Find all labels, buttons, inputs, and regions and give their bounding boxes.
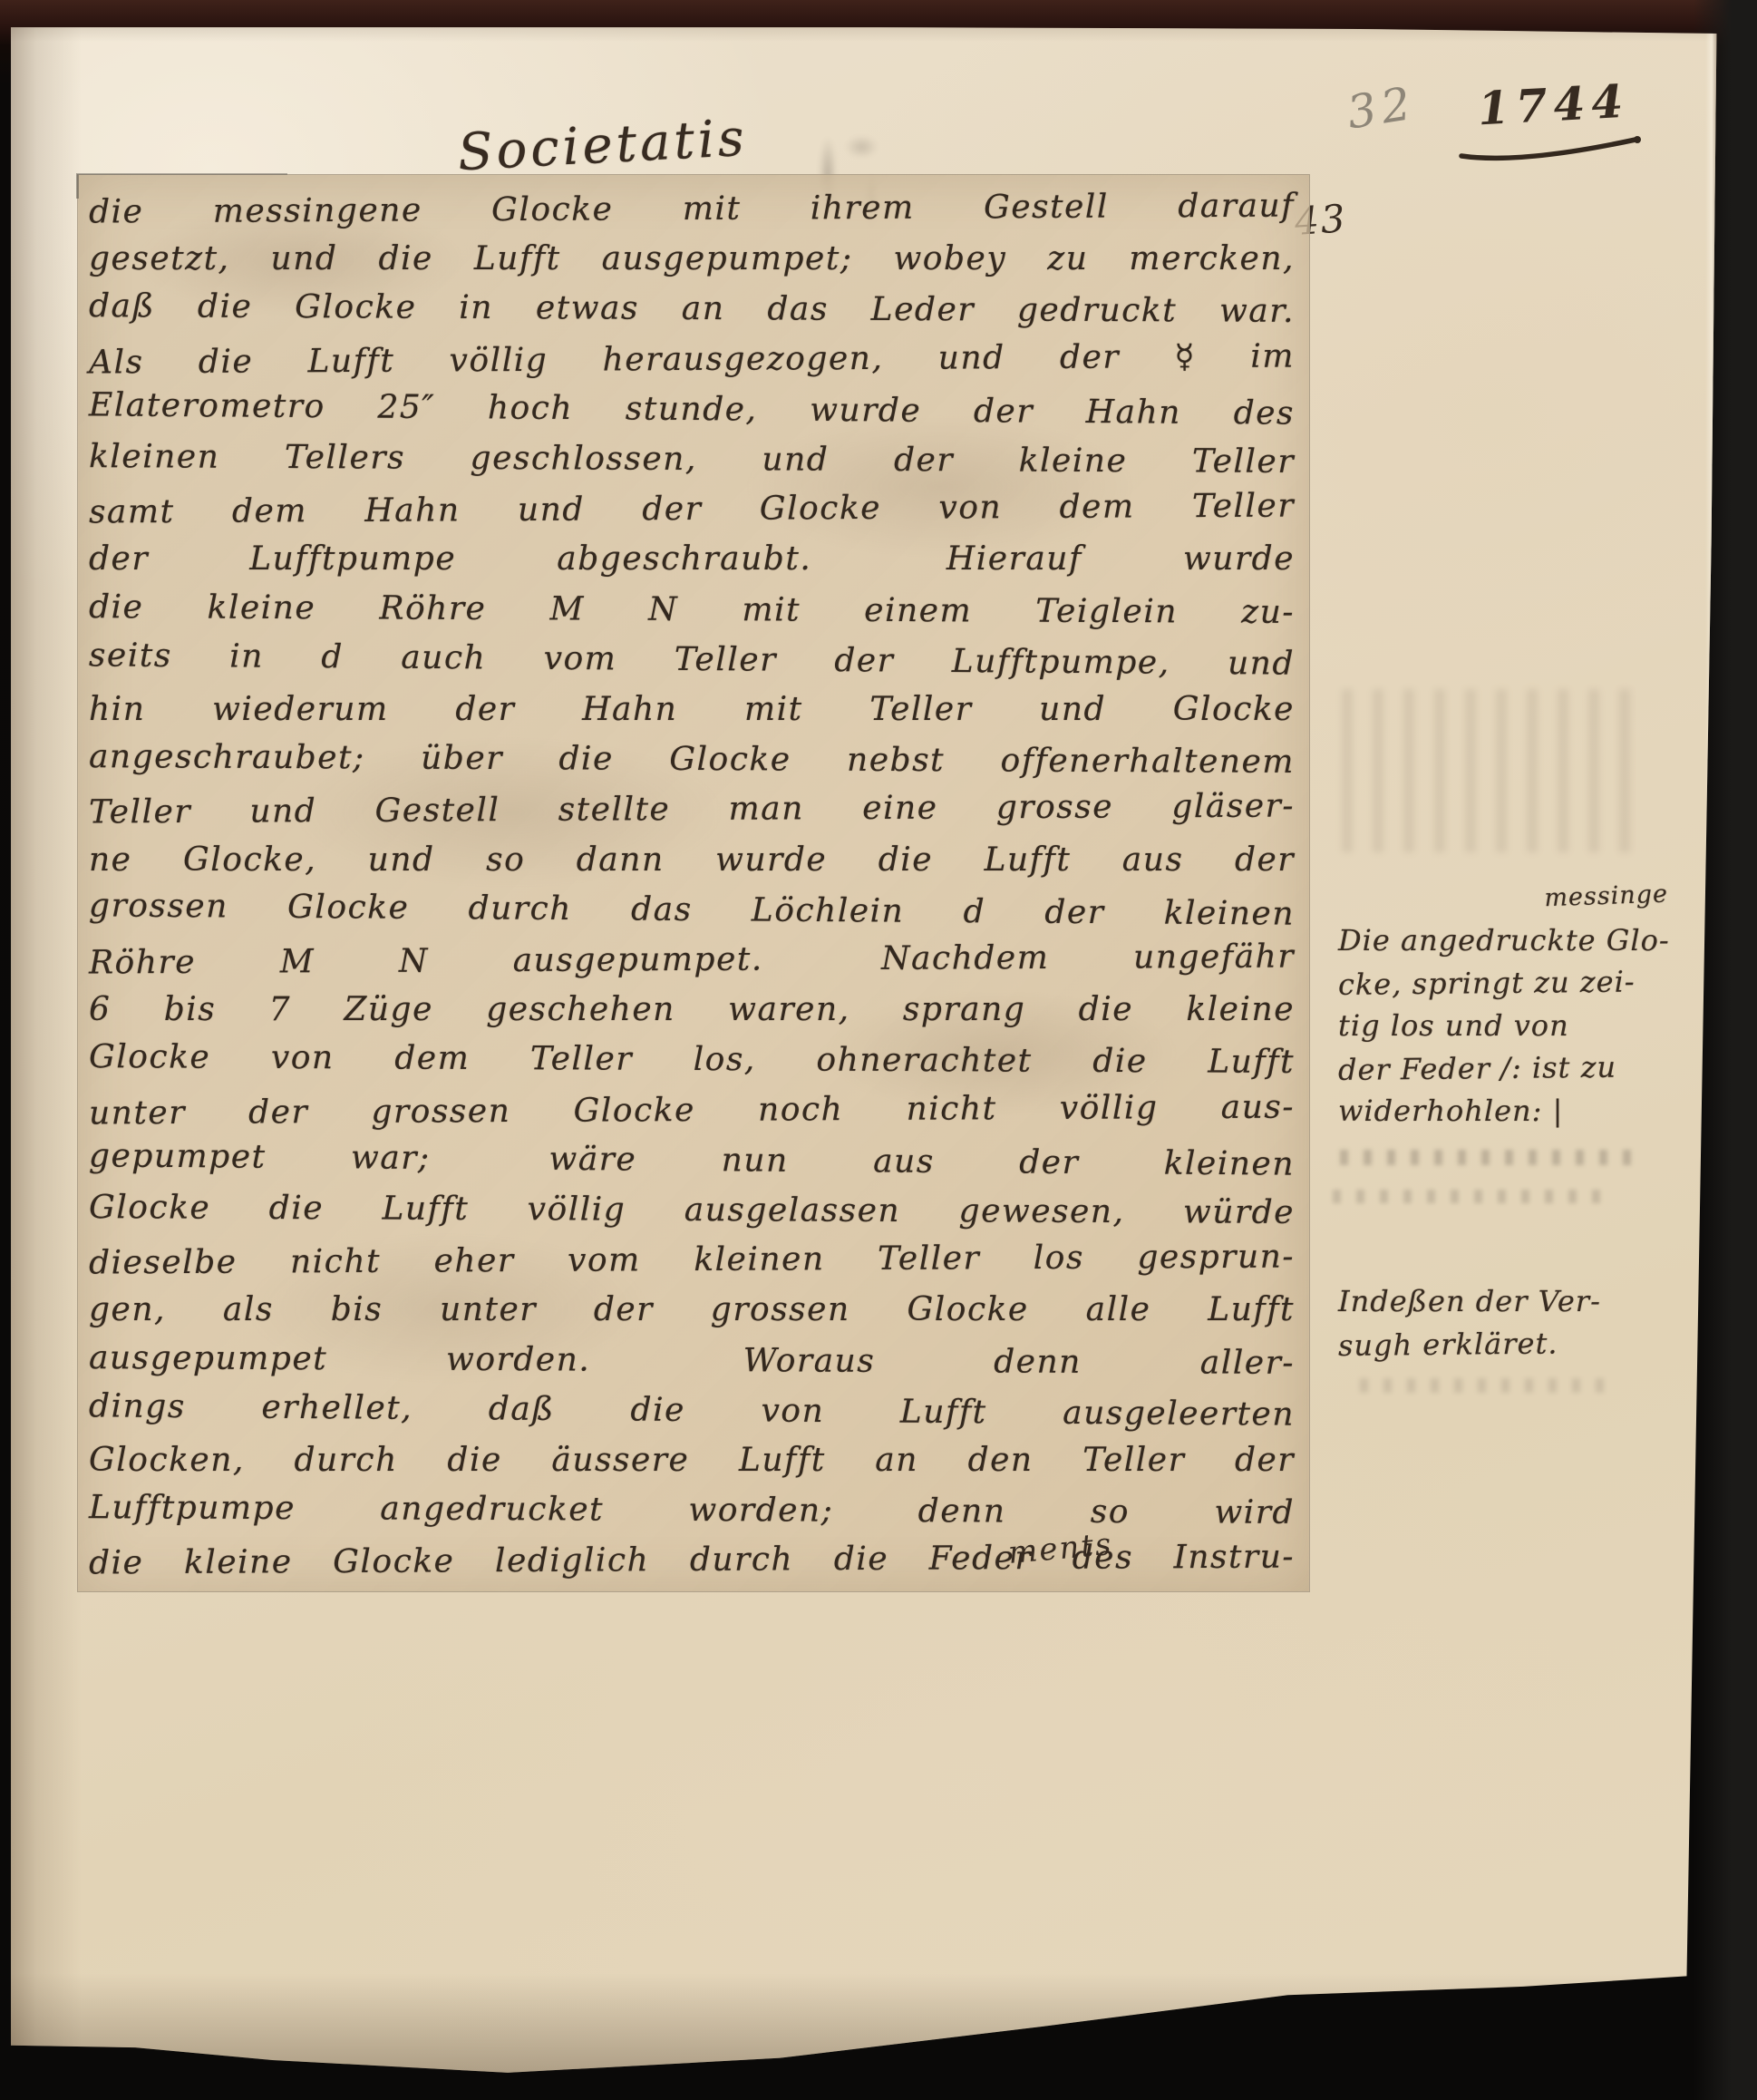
margin-note-line: Indeßen der Ver- <box>1338 1280 1683 1323</box>
margin-note-line: Die angedruckte Glo- <box>1338 919 1670 962</box>
manuscript-page: 32 1744 43 Societatis die messingene Glo… <box>0 0 1757 2100</box>
manuscript-lines: die messingene Glocke mit ihrem Gestell … <box>89 184 1295 1586</box>
year-underline-flourish <box>1458 132 1648 165</box>
manuscript-line: hin wiederum der Hahn mit Teller und Glo… <box>89 685 1295 734</box>
manuscript-line: Röhre M N ausgepumpet. Nachdem ungefähr <box>89 932 1295 988</box>
bleedthrough-line <box>1340 1150 1639 1165</box>
spine-shadow <box>0 0 82 2100</box>
manuscript-line: Glocke die Lufft völlig ausgelassen gewe… <box>89 1182 1295 1238</box>
margin-note-line: der Feder /: ist zu <box>1338 1045 1670 1092</box>
pencil-folio-number: 32 <box>1344 76 1420 139</box>
manuscript-line: gen, als bis unter der grossen Glocke al… <box>89 1285 1295 1335</box>
margin-note-line: tig los und von <box>1338 1005 1670 1047</box>
manuscript-line: Glocken, durch die äussere Lufft an den … <box>89 1435 1295 1485</box>
manuscript-line: die kleine Röhre M N mit einem Teiglein … <box>89 582 1295 637</box>
manuscript-line: unter der grossen Glocke noch nicht völl… <box>89 1082 1295 1138</box>
manuscript-line: ne Glocke, und so dann wurde die Lufft a… <box>89 835 1295 885</box>
manuscript-line: 6 bis 7 Züge geschehen waren, sprang die… <box>89 985 1295 1035</box>
manuscript-line: ausgepumpet worden. Woraus denn aller- <box>89 1333 1295 1388</box>
manuscript-line: gepumpet war; wäre nun aus der kleinen <box>89 1131 1295 1189</box>
manuscript-line: angeschraubet; über die Glocke nebst off… <box>89 732 1295 787</box>
margin-note-1: Die angedruckte Glo- cke, springt zu zei… <box>1338 919 1670 1133</box>
manuscript-line: Lufftpumpe angedrucket worden; denn so w… <box>89 1483 1295 1538</box>
margin-note-line: sugh erkläret. <box>1338 1321 1683 1367</box>
manuscript-line: dings erhellet, daß die von Lufft ausgel… <box>89 1381 1295 1439</box>
manuscript-line: die messingene Glocke mit ihrem Gestell … <box>89 181 1295 238</box>
manuscript-line: daß die Glocke in etwas an das Leder ged… <box>89 282 1295 337</box>
margin-note-header: messinge <box>1486 873 1669 922</box>
margin-note-line: cke, springt zu zei- <box>1338 960 1670 1006</box>
manuscript-line: Teller und Gestell stellte man eine gros… <box>89 782 1295 838</box>
manuscript-line: der Lufftpumpe abgeschraubt. Hierauf wur… <box>89 534 1295 584</box>
bleedthrough-smudge <box>1342 689 1650 852</box>
manuscript-line: gesetzt, und die Lufft ausgepumpet; wobe… <box>89 234 1295 284</box>
margin-note-2: Indeßen der Ver- sugh erkläret. <box>1338 1280 1683 1366</box>
manuscript-line: Glocke von dem Teller los, ohnerachtet d… <box>89 1033 1295 1088</box>
manuscript-line: Als die Lufft völlig herausgezogen, und … <box>89 331 1295 387</box>
main-text-block: die messingene Glocke mit ihrem Gestell … <box>77 174 1310 1592</box>
manuscript-scan: 32 1744 43 Societatis die messingene Glo… <box>0 0 1757 2100</box>
manuscript-line: kleinen Tellers geschlossen, und der kle… <box>89 432 1295 487</box>
manuscript-line: samt dem Hahn und der Glocke von dem Tel… <box>89 481 1295 538</box>
bleedthrough-line <box>1333 1190 1605 1203</box>
page-heading: Societatis <box>457 109 750 183</box>
margin-note-line: widerhohlen: | <box>1338 1090 1670 1133</box>
year-label: 1744 <box>1477 74 1631 136</box>
manuscript-line: dieselbe nicht eher vom kleinen Teller l… <box>89 1232 1295 1288</box>
manuscript-line: Elaterometro 25″ hoch stunde, wurde der … <box>89 380 1295 438</box>
manuscript-line: grossen Glocke durch das Löchlein d der … <box>89 880 1295 938</box>
pencil-ghost-mark <box>1360 1378 1614 1393</box>
manuscript-line: seits in d auch vom Teller der Lufftpump… <box>89 630 1295 688</box>
